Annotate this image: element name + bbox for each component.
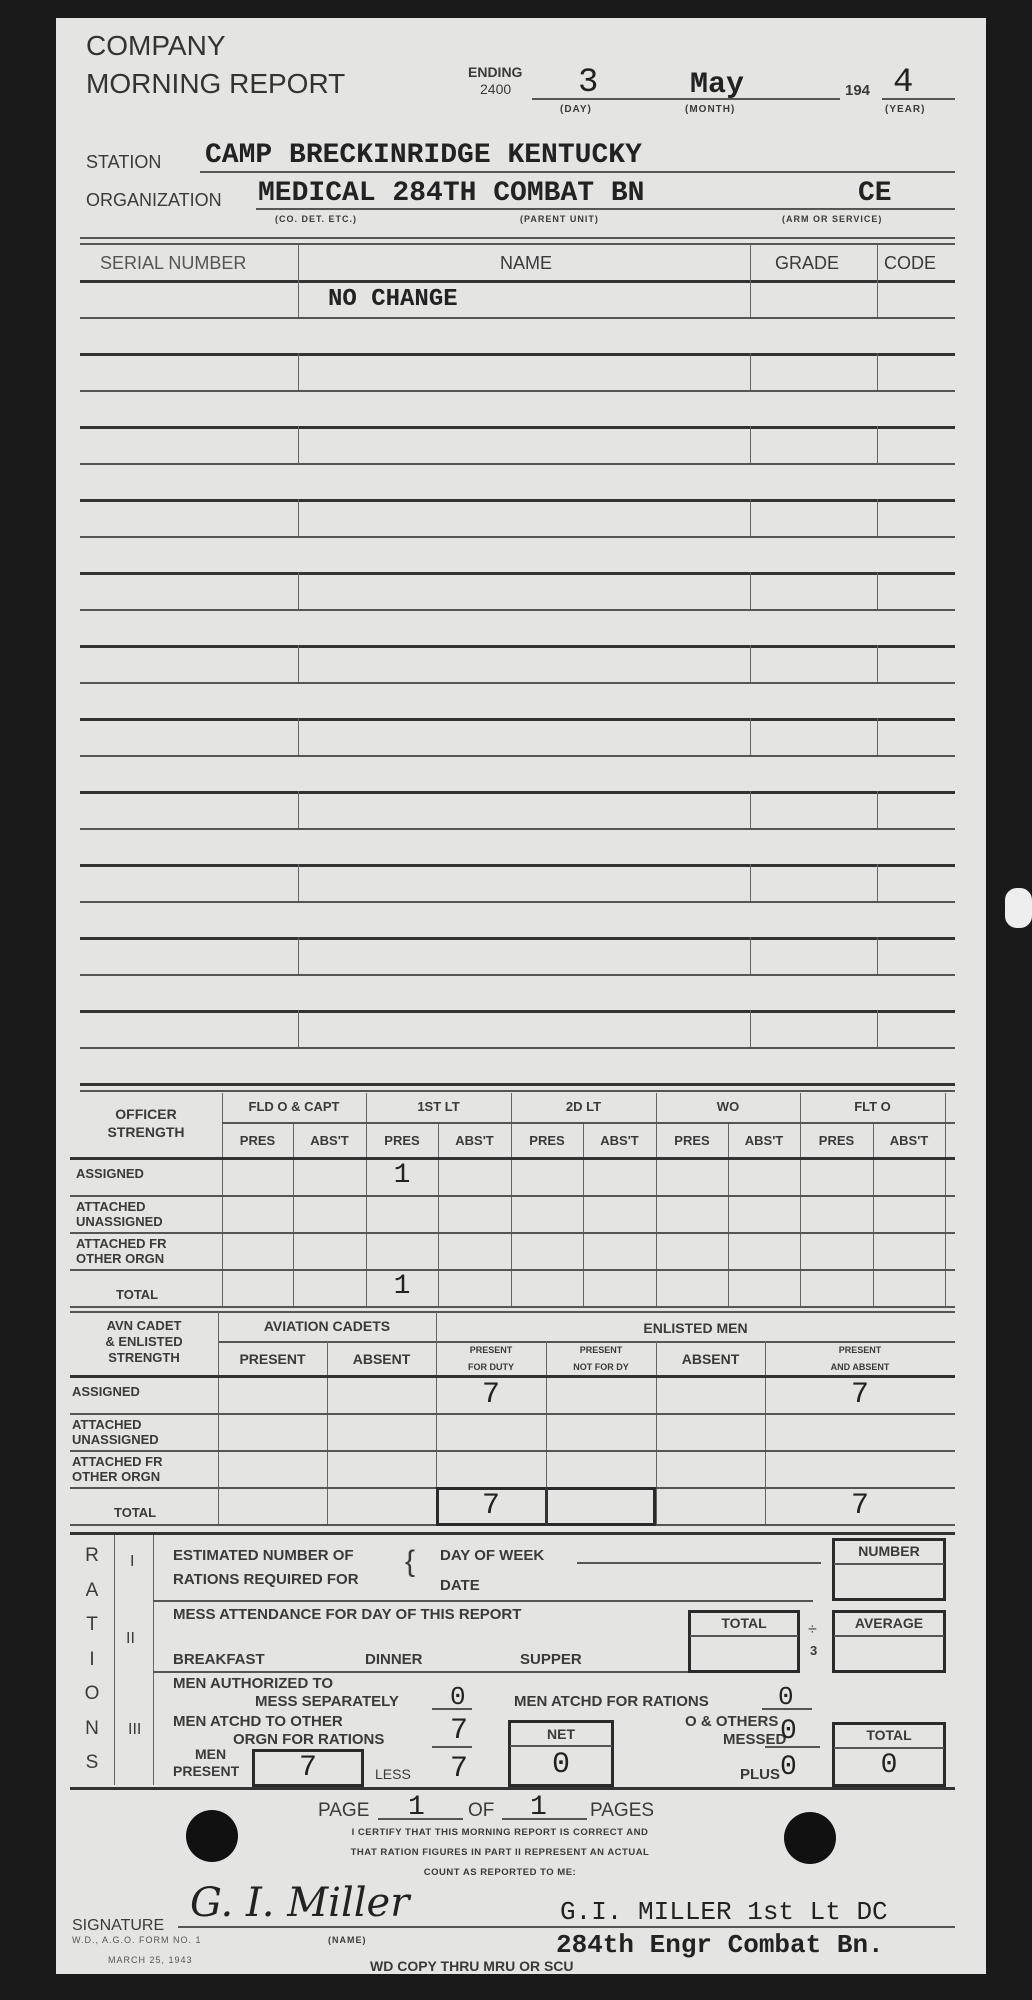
men-present-line1: MEN [195, 1746, 226, 1762]
wd-copy-note: WD COPY THRU MRU OR SCU [370, 1958, 574, 1974]
part1-line1: ESTIMATED NUMBER OF [173, 1547, 354, 1564]
signature: G. I. Miller [190, 1880, 409, 1926]
officer-group-header: 2D LT [511, 1099, 656, 1114]
punch-hole-right [784, 1812, 836, 1864]
form-number: W.D., A.G.O. FORM NO. 1 [72, 1935, 202, 1945]
col-divider [327, 1341, 328, 1524]
certify-line2: THAT RATION FIGURES IN PART II REPRESENT… [250, 1847, 750, 1858]
station-label: STATION [86, 152, 161, 173]
roster-row[interactable] [80, 867, 955, 901]
plus-value: 0 [780, 1752, 797, 1783]
roster-entry-no-change: NO CHANGE [328, 286, 458, 313]
rations-side-letter: R [72, 1545, 112, 1567]
supper-label: SUPPER [520, 1651, 582, 1668]
rations-side-letter: A [72, 1580, 112, 1602]
roster-row[interactable] [80, 575, 955, 609]
breakfast-label: BREAKFAST [173, 1651, 265, 1668]
certify-line1: I CERTIFY THAT THIS MORNING REPORT IS CO… [250, 1827, 750, 1838]
net-divider [510, 1745, 612, 1747]
brace: { [405, 1545, 415, 1579]
col-divider [877, 244, 878, 280]
dinner-label: DINNER [365, 1651, 423, 1668]
day-of-week-label: DAY OF WEEK [440, 1547, 544, 1564]
page-value: 1 [408, 1792, 425, 1823]
row-label: OTHER ORGN [72, 1469, 160, 1484]
officer-strength-cell[interactable]: 1 [366, 1271, 438, 1302]
col-divider [511, 1093, 512, 1306]
col-serial-number: SERIAL NUMBER [100, 253, 246, 274]
part2-title: MESS ATTENDANCE FOR DAY OF THIS REPORT [173, 1606, 521, 1623]
abst-header: ABS'T [728, 1133, 800, 1148]
month-value: May [690, 68, 744, 102]
part2-numeral: II [126, 1630, 135, 1648]
abst-header: ABS'T [438, 1133, 511, 1148]
part1-line2: RATIONS REQUIRED FOR [173, 1571, 359, 1588]
roster-row[interactable] [80, 356, 955, 390]
enlisted-strength-title: AVN CADET [70, 1318, 218, 1333]
men-atchd-other-value: 7 [450, 1714, 468, 1748]
officer-group-header: FLT O [800, 1099, 945, 1114]
number-label: NUMBER [832, 1543, 946, 1559]
average-label: AVERAGE [832, 1615, 946, 1631]
roster-bottom-line [80, 1083, 955, 1086]
row-label: TOTAL [114, 1505, 156, 1520]
pages-value: 1 [530, 1792, 547, 1823]
men-auth-line2: MESS SEPARATELY [255, 1693, 399, 1710]
roster-remarks-row[interactable] [80, 1049, 955, 1083]
col-name: NAME [500, 253, 552, 274]
co-det-label: (CO. DET. ETC.) [275, 214, 357, 224]
col-divider [298, 244, 299, 280]
rations-side-letter: O [72, 1683, 112, 1705]
part1-bottom-line [153, 1600, 813, 1602]
name-label: (NAME) [328, 1935, 367, 1945]
pages-label: PAGES [590, 1800, 654, 1822]
rations-total-divider [834, 1747, 944, 1749]
station-value: CAMP BRECKINRIDGE KENTUCKY [205, 140, 642, 171]
form-date: MARCH 25, 1943 [108, 1955, 193, 1965]
abst-header: ABS'T [583, 1133, 656, 1148]
roster-remarks-row[interactable] [80, 611, 955, 645]
typed-name: G.I. MILLER 1st Lt DC [560, 1897, 888, 1927]
pres-header: PRES [222, 1133, 293, 1148]
roster-row[interactable] [80, 429, 955, 463]
men-present-line2: PRESENT [173, 1763, 239, 1779]
mess-total-label: TOTAL [688, 1615, 800, 1631]
station-underline [200, 171, 955, 173]
officer-bottom-line [70, 1311, 955, 1313]
plus-label: PLUS [740, 1766, 780, 1783]
men-present-value: 7 [252, 1751, 364, 1785]
row-line [70, 1450, 955, 1452]
rations-side-letter: S [72, 1752, 112, 1774]
roster-remarks-row[interactable] [80, 684, 955, 718]
o-others-value: 0 [780, 1716, 797, 1747]
divide-sign: ÷ [808, 1621, 817, 1639]
enlisted-col-header: PRESENT [546, 1345, 656, 1355]
roster-remarks-row[interactable] [80, 903, 955, 937]
enlisted-strength-cell[interactable]: 7 [765, 1489, 955, 1523]
officer-group-header: WO [656, 1099, 800, 1114]
col-divider [873, 1123, 874, 1306]
page-label: PAGE [318, 1800, 369, 1822]
row-line [70, 1306, 955, 1308]
roster-row[interactable] [80, 283, 955, 317]
rations-total-value: 0 [832, 1750, 946, 1781]
col-grade: GRADE [775, 253, 839, 274]
total-box-divider [545, 1487, 548, 1526]
roster-remarks-row[interactable] [80, 392, 955, 426]
form-title-line2: MORNING REPORT [86, 68, 345, 100]
enlisted-col-header: FOR DUTY [436, 1362, 546, 1372]
col-divider [583, 1123, 584, 1306]
rations-divider-1 [114, 1535, 115, 1785]
roster-remarks-row[interactable] [80, 830, 955, 864]
men-auth-line1: MEN AUTHORIZED TO [173, 1675, 333, 1692]
col-divider [656, 1093, 657, 1306]
row-label: ASSIGNED [72, 1384, 140, 1399]
col-divider [656, 1341, 657, 1524]
pres-header: PRES [800, 1133, 873, 1148]
col-divider [293, 1123, 294, 1306]
roster-top-line [80, 237, 955, 239]
roster-remarks-row[interactable] [80, 757, 955, 791]
enlisted-col-header: PRESENT [436, 1345, 546, 1355]
officer-strength-title: OFFICER [70, 1106, 222, 1122]
header-divider [218, 1341, 955, 1343]
men-atchd-other-line1: MEN ATCHD TO OTHER [173, 1713, 343, 1730]
col-divider [800, 1093, 801, 1306]
officer-strength-cell[interactable]: 1 [366, 1160, 438, 1191]
rations-side-letter: N [72, 1718, 112, 1740]
roster-remarks-row[interactable] [80, 976, 955, 1010]
row-label: UNASSIGNED [76, 1214, 163, 1229]
rations-top-line [70, 1532, 955, 1535]
col-divider [728, 1123, 729, 1306]
unit-line: 284th Engr Combat Bn. [556, 1930, 884, 1960]
organization-label: ORGANIZATION [86, 190, 222, 211]
divide-by: 3 [810, 1643, 817, 1658]
row-label: ATTACHED [76, 1199, 146, 1214]
rations-total-label: TOTAL [832, 1727, 946, 1743]
less-value: 7 [450, 1752, 468, 1786]
roster-bottom-line-2 [80, 1090, 955, 1092]
row-line [70, 1195, 955, 1197]
roster-top-line-2 [80, 243, 955, 245]
officer-strength-title: STRENGTH [70, 1124, 222, 1140]
rations-bottom-line [70, 1787, 955, 1790]
ending-label: ENDING [468, 64, 522, 80]
o-others-line1: O & OTHERS [685, 1713, 778, 1730]
roster-row[interactable] [80, 1013, 955, 1047]
net-value: 0 [508, 1748, 614, 1782]
rations-divider-2 [153, 1535, 154, 1785]
day-label: (DAY) [560, 104, 592, 115]
signature-label: SIGNATURE [72, 1917, 164, 1935]
abst-header: ABS'T [873, 1133, 945, 1148]
rations-side-letter: T [72, 1614, 112, 1636]
rations-side-letter: I [72, 1649, 112, 1671]
net-label: NET [508, 1726, 614, 1742]
arm-service-label: (ARM OR SERVICE) [782, 214, 882, 224]
abst-header: ABS'T [293, 1133, 366, 1148]
punch-hole-left [186, 1810, 238, 1862]
organization-value: MEDICAL 284TH COMBAT BN [258, 178, 644, 209]
ending-time: 2400 [480, 81, 511, 97]
part1-numeral: I [130, 1553, 134, 1571]
row-label: ATTACHED FR [72, 1454, 163, 1469]
enlisted-men-header: ENLISTED MEN [436, 1320, 955, 1336]
enlisted-col-header: AND ABSENT [765, 1362, 955, 1372]
mess-total-divider [690, 1635, 798, 1637]
row-line [70, 1232, 955, 1234]
enlisted-col-header: ABSENT [327, 1351, 436, 1367]
roster-remarks-row[interactable] [80, 319, 955, 353]
form-title-line1: COMPANY [86, 30, 226, 62]
men-auth-value: 0 [450, 1682, 466, 1712]
month-label: (MONTH) [685, 104, 735, 115]
col-divider [222, 1093, 223, 1306]
year-value: 4 [893, 64, 913, 102]
enlisted-col-header: PRESENT [765, 1345, 955, 1355]
header-divider [222, 1122, 955, 1124]
col-divider [945, 1093, 946, 1306]
roster-row[interactable] [80, 940, 955, 974]
pres-header: PRES [656, 1133, 728, 1148]
parent-unit-label: (PARENT UNIT) [520, 214, 599, 224]
part2-bottom-line [153, 1671, 688, 1673]
enlisted-col-header: NOT FOR DY [546, 1362, 656, 1372]
row-label: OTHER ORGN [76, 1251, 164, 1266]
row-label: UNASSIGNED [72, 1432, 159, 1447]
less-label: LESS [375, 1766, 411, 1782]
roster-row[interactable] [80, 502, 955, 536]
row-label: ATTACHED [72, 1417, 142, 1432]
row-label: ATTACHED FR [76, 1236, 167, 1251]
day-of-week-field[interactable] [577, 1562, 821, 1564]
col-divider [218, 1312, 219, 1524]
roster-row[interactable] [80, 794, 955, 828]
officer-group-header: 1ST LT [366, 1099, 511, 1114]
row-line [70, 1413, 955, 1415]
part3-numeral: III [128, 1721, 141, 1739]
pres-header: PRES [366, 1133, 438, 1148]
pres-header: PRES [511, 1133, 583, 1148]
roster-remarks-row[interactable] [80, 538, 955, 572]
enlisted-strength-title: STRENGTH [70, 1350, 218, 1365]
roster-row[interactable] [80, 648, 955, 682]
row-line [70, 1269, 955, 1271]
enlisted-strength-cell[interactable]: 7 [436, 1378, 546, 1412]
number-box-divider [834, 1563, 944, 1565]
row-label: ASSIGNED [76, 1166, 144, 1181]
enlisted-strength-cell[interactable]: 7 [765, 1378, 955, 1412]
enlisted-strength-title: & ENLISTED [70, 1334, 218, 1349]
year-prefix: 194 [845, 82, 870, 99]
day-value: 3 [578, 64, 598, 102]
scan-glare [1005, 888, 1032, 928]
row-label: TOTAL [116, 1287, 158, 1302]
men-atchd-rations-label: MEN ATCHD FOR RATIONS [514, 1693, 709, 1710]
year-label: (YEAR) [885, 104, 925, 115]
col-divider [438, 1123, 439, 1306]
date-label: DATE [440, 1577, 480, 1594]
col-divider [750, 244, 751, 280]
roster-remarks-row[interactable] [80, 465, 955, 499]
arm-service-value: CE [858, 178, 892, 209]
enlisted-col-header: PRESENT [218, 1351, 327, 1367]
header-bottom-line [70, 1157, 955, 1160]
aviation-cadets-header: AVIATION CADETS [218, 1318, 436, 1334]
of-label: OF [468, 1800, 494, 1822]
col-code: CODE [884, 253, 936, 274]
roster-row[interactable] [80, 721, 955, 755]
officer-group-header: FLD O & CAPT [222, 1099, 366, 1114]
men-atchd-rations-value: 0 [778, 1682, 794, 1712]
average-divider [834, 1635, 944, 1637]
certify-line3: COUNT AS REPORTED TO ME: [250, 1867, 750, 1878]
enlisted-col-header: ABSENT [656, 1351, 765, 1367]
men-atchd-other-line2: ORGN FOR RATIONS [233, 1731, 384, 1748]
